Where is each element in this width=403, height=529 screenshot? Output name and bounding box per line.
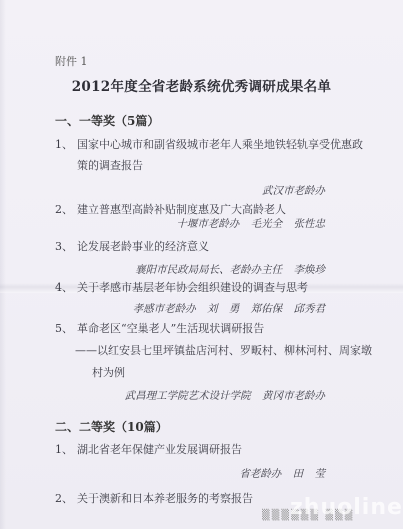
list-item-second-2: 2、关于澳新和日本养老服务的考察报告 [55,490,253,506]
item-title: 关于澳新和日本养老服务的考察报告 [77,492,253,505]
item-title: 国家中心城市和副省级城市老年人乘坐地铁轻轨享受优惠政 [77,138,363,151]
item-author: 武昌理工学院艺术设计学院 黄冈市老龄办 [125,388,325,403]
item-title: 论发展老龄事业的经济意义 [77,240,209,253]
item-title-continued: 策的调查报告 [77,157,143,173]
section-heading-second-prize: 二、二等奖（10篇） [55,418,168,435]
item-number: 1、 [55,441,77,457]
item-author: 十堰市老龄办 毛光全 张性忠 [176,216,325,231]
list-item-first-4: 4、关于孝感市基层老年协会组织建设的调查与思考 [55,279,308,295]
list-item-first-1: 1、国家中心城市和副省级城市老年人乘坐地铁轻轨享受优惠政 [55,136,363,152]
item-author: 孝感市老龄办 刘 勇 郑佑保 邱秀君 [133,301,325,316]
item-number: 4、 [55,279,77,295]
item-number: 5、 [55,320,77,336]
item-number: 2、 [55,490,77,506]
list-item-second-1: 1、湖北省老年保健产业发展调研报告 [55,441,242,457]
document-title: 2012年度全省老龄系统优秀调研成果名单 [0,75,403,95]
item-subtitle-continued: 村为例 [92,364,125,380]
item-author: 襄阳市民政局局长、老龄办主任 李焕珍 [135,262,325,277]
list-item-first-2: 2、建立普惠型高龄补贴制度惠及广大高龄老人 [55,201,286,217]
attachment-label: 附件 1 [55,53,88,69]
item-number: 2、 [55,201,77,217]
section-heading-first-prize: 一、一等奖（5篇） [55,112,159,129]
list-item-first-5: 5、革命老区“空巢老人”生活现状调研报告 [55,320,264,336]
item-number: 3、 [55,238,77,254]
item-title: 关于孝感市基层老年协会组织建设的调查与思考 [77,281,308,294]
item-title: 湖北省老年保健产业发展调研报告 [77,443,242,456]
watermark: zhuoline.net [290,495,403,520]
list-item-first-3: 3、论发展老龄事业的经济意义 [55,238,209,254]
item-author: 武汉市老龄办 [262,183,325,198]
item-title: 革命老区“空巢老人”生活现状调研报告 [77,322,264,335]
item-title: 建立普惠型高龄补贴制度惠及广大高龄老人 [77,203,286,216]
item-subtitle: ——以红安县七里坪镇盐店河村、罗畈村、柳林河村、周家墩 [75,342,372,358]
item-author: 省老龄办 田 莹 [239,466,325,481]
item-number: 1、 [55,136,77,152]
